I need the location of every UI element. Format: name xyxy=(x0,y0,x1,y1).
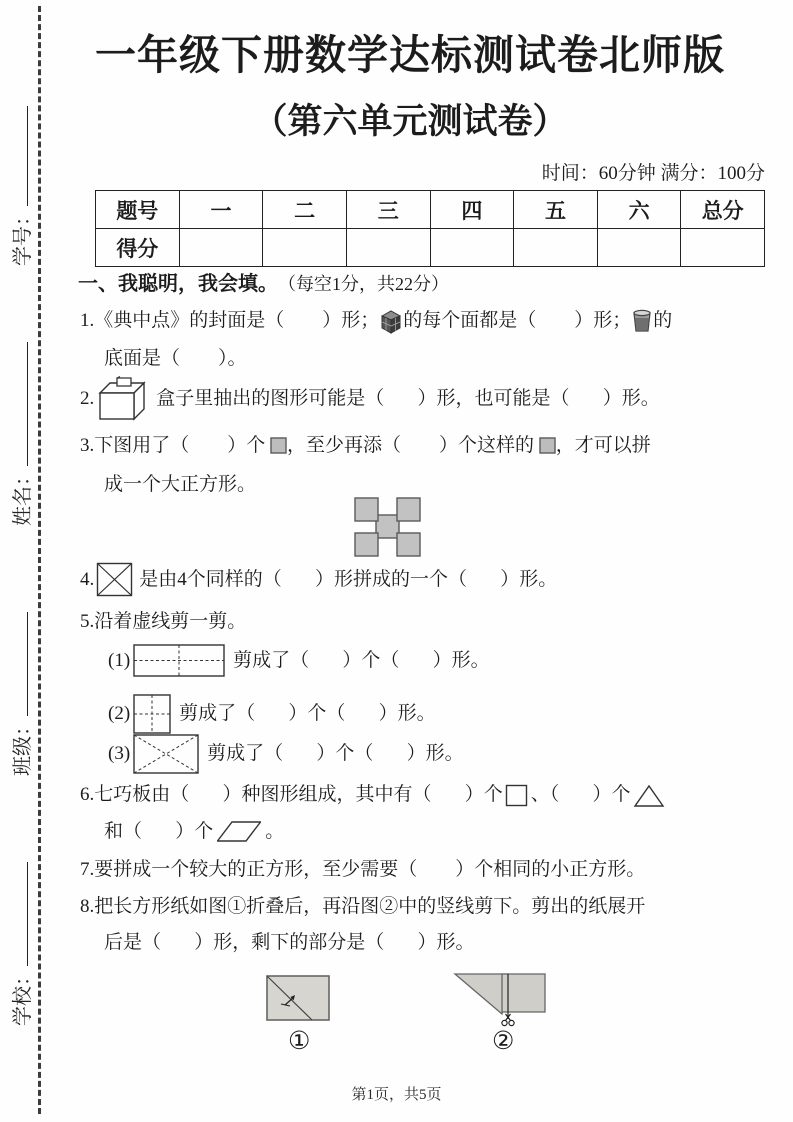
figure-1-label: ① xyxy=(288,1026,310,1056)
score-cell xyxy=(179,229,263,267)
class-field: 班级： xyxy=(8,600,32,776)
question-8-line-2: 后是（ ）形，剩下的部分是（ ）形。 xyxy=(104,931,475,955)
score-cell xyxy=(346,229,430,267)
question-6-text-d: 。 xyxy=(265,820,284,844)
question-6-text-b: 、（ ）个 xyxy=(531,783,631,807)
score-table-header-row: 题号 一 二 三 四 五 六 总分 xyxy=(96,191,765,229)
sealing-dashed-line xyxy=(38,6,41,1114)
name-blank-line xyxy=(13,342,28,466)
time-score-info: 时间：60分钟 满分：100分 xyxy=(75,158,765,185)
class-blank-line xyxy=(13,612,28,716)
question-3-text-d: 成一个大正方形。 xyxy=(104,473,256,497)
question-3-text-b: ，至少再添（ ）个这样的 xyxy=(287,434,539,458)
question-4: 4. 是由4个同样的（ ）形拼成的一个（ ）形。 xyxy=(80,562,557,597)
page-title: 一年级下册数学达标测试卷北师版 xyxy=(60,22,760,81)
student-id-blank-line xyxy=(13,106,28,206)
question-5-sub-2: (2) 剪成了（ ）个（ ）形。 xyxy=(108,694,436,734)
question-5-sub-1: (1) 剪成了（ ）个（ ）形。 xyxy=(108,644,490,677)
score-table-header-cell: 三 xyxy=(346,191,430,229)
section-1-note: （每空1分，共22分） xyxy=(278,273,449,296)
question-7: 7.要拼成一个较大的正方形，至少需要（ ）个相同的小正方形。 xyxy=(80,858,645,882)
question-4-number: 4. xyxy=(80,568,94,592)
student-id-label: 学号： xyxy=(6,206,35,266)
score-row-label: 得分 xyxy=(96,229,180,267)
question-8-text-a: 8.把长方形纸如图①折叠后，再沿图②中的竖线剪下。剪出的纸展开 xyxy=(80,895,645,919)
question-6-text-a: 6.七巧板由（ ）种图形组成，其中有（ ）个 xyxy=(80,783,503,807)
question-2: 2. 盒子里抽出的图形可能是（ ）形，也可能是（ ）形。 xyxy=(80,376,660,422)
question-5-sub-3: (3) 剪成了（ ）个（ ）形。 xyxy=(108,734,464,774)
triangle-outline-icon xyxy=(633,782,665,808)
school-label: 学校： xyxy=(6,966,35,1026)
score-table-header-cell: 二 xyxy=(263,191,347,229)
question-2-number: 2. xyxy=(80,387,94,411)
score-table-header-cell: 一 xyxy=(179,191,263,229)
score-cell xyxy=(514,229,598,267)
gray-square-icon xyxy=(270,437,287,454)
question-7-text: 7.要拼成一个较大的正方形，至少需要（ ）个相同的小正方形。 xyxy=(80,858,645,882)
question-1-line-1: 1.《典中点》的封面是（ ）形； 的每个面都是（ ）形； 的 xyxy=(80,308,672,334)
question-3-line-1: 3.下图用了（ ）个 ，至少再添（ ）个这样的 ，才可以拼 xyxy=(80,434,651,458)
five-squares-figure xyxy=(354,497,422,557)
question-6-text-c: 和（ ）个 xyxy=(104,820,213,844)
figure-2-label: ② xyxy=(492,1026,514,1056)
question-5-intro: 5.沿着虚线剪一剪。 xyxy=(80,610,246,634)
student-id-field: 学号： xyxy=(8,94,32,266)
question-1-line-2: 底面是（ ）。 xyxy=(104,347,247,371)
question-8-text-b: 后是（ ）形，剩下的部分是（ ）形。 xyxy=(104,931,475,955)
test-paper-page: 学号： 姓名： 班级： 学校： 一年级下册数学达标测试卷北师版 （第六单元测试卷… xyxy=(0,0,793,1122)
score-table-header-cell: 四 xyxy=(430,191,514,229)
question-1-text-b: 的每个面都是（ ）形； xyxy=(403,309,631,333)
rectangle-dashed-cross-icon xyxy=(133,644,225,677)
name-field: 姓名： xyxy=(8,330,32,526)
question-5-sub-2-text: 剪成了（ ）个（ ）形。 xyxy=(179,702,436,726)
question-1-text-c: 的 xyxy=(653,309,672,333)
question-5-sub-3-label: (3) xyxy=(108,742,130,766)
rectangle-dashed-diagonals-icon xyxy=(133,734,199,774)
question-2-text: 盒子里抽出的图形可能是（ ）形，也可能是（ ）形。 xyxy=(156,387,660,411)
question-6-line-2: 和（ ）个 。 xyxy=(104,820,284,844)
fold-figure-1 xyxy=(266,975,330,1021)
question-5-sub-1-label: (1) xyxy=(108,649,130,673)
question-5-intro-text: 5.沿着虚线剪一剪。 xyxy=(80,610,246,634)
parallelogram-outline-icon xyxy=(217,820,261,843)
square-with-diagonals-icon xyxy=(96,562,133,597)
school-field: 学校： xyxy=(8,850,32,1026)
question-5-sub-1-text: 剪成了（ ）个（ ）形。 xyxy=(233,649,490,673)
score-table-header-cell: 六 xyxy=(597,191,681,229)
question-3-text-a: 3.下图用了（ ）个 xyxy=(80,434,270,458)
question-3-text-c: ，才可以拼 xyxy=(556,434,651,458)
square-outline-icon xyxy=(505,783,529,807)
question-4-text: 是由4个同样的（ ）形拼成的一个（ ）形。 xyxy=(139,568,557,592)
fold-cut-figure-2 xyxy=(452,970,552,1030)
score-cell xyxy=(597,229,681,267)
question-1-text-d: 底面是（ ）。 xyxy=(104,347,247,371)
score-table-header-cell: 题号 xyxy=(96,191,180,229)
cube-icon xyxy=(379,308,403,334)
class-label: 班级： xyxy=(6,716,35,776)
square-dashed-cross-icon xyxy=(133,694,171,734)
score-cell xyxy=(681,229,765,267)
section-1-heading: 一、我聪明，我会填。 （每空1分，共22分） xyxy=(78,272,449,297)
box-icon xyxy=(96,376,150,422)
gray-square-icon xyxy=(539,437,556,454)
school-blank-line xyxy=(13,862,28,966)
score-table-header-cell: 五 xyxy=(514,191,598,229)
score-table-header-cell: 总分 xyxy=(681,191,765,229)
question-6-line-1: 6.七巧板由（ ）种图形组成，其中有（ ）个 、（ ）个 xyxy=(80,782,667,808)
question-5-sub-2-label: (2) xyxy=(108,702,130,726)
question-1-text-a: 1.《典中点》的封面是（ ）形； xyxy=(80,309,379,333)
question-3-line-2: 成一个大正方形。 xyxy=(104,473,256,497)
question-5-sub-3-text: 剪成了（ ）个（ ）形。 xyxy=(207,742,464,766)
page-subtitle: （第六单元测试卷） xyxy=(60,94,760,144)
score-table-score-row: 得分 xyxy=(96,229,765,267)
cup-icon xyxy=(631,309,653,334)
score-table: 题号 一 二 三 四 五 六 总分 得分 xyxy=(95,190,765,267)
page-number: 第1页，共5页 xyxy=(0,1083,793,1104)
question-8-line-1: 8.把长方形纸如图①折叠后，再沿图②中的竖线剪下。剪出的纸展开 xyxy=(80,895,645,919)
score-cell xyxy=(430,229,514,267)
score-cell xyxy=(263,229,347,267)
name-label: 姓名： xyxy=(6,466,35,526)
section-1-title: 一、我聪明，我会填。 xyxy=(78,272,278,297)
